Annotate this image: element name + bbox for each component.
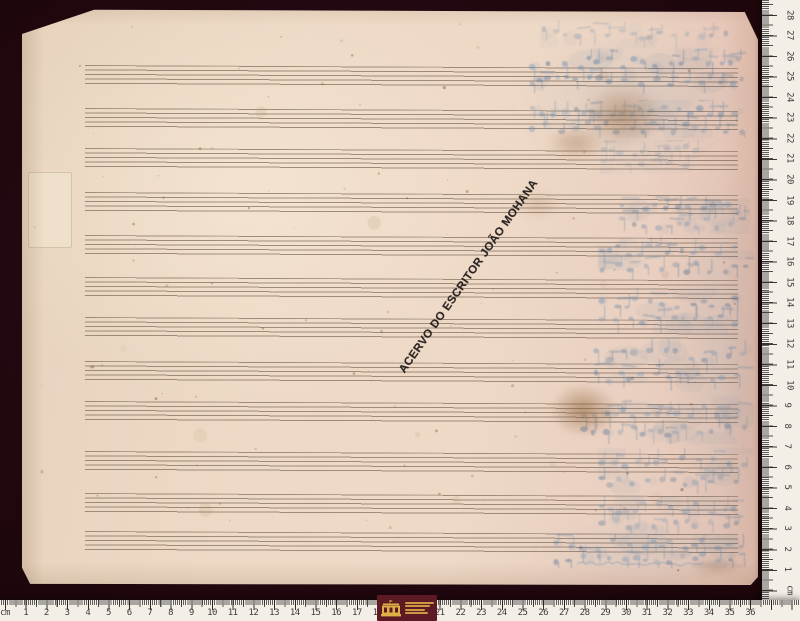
ruler-number: 1: [782, 567, 791, 572]
ruler-number: 10: [784, 380, 793, 390]
ruler-number: 24: [784, 92, 793, 102]
ink-bleed-notes: [575, 556, 703, 572]
ruler-number: 5: [782, 485, 791, 490]
ruler-number: 13: [784, 318, 793, 328]
ruler-number: 20: [784, 174, 793, 184]
ruler-number: 26: [784, 51, 793, 61]
ruler-number: 14: [784, 297, 793, 307]
ruler-number: 9: [189, 609, 194, 618]
ruler-number: 7: [147, 609, 152, 618]
ruler-number: 8: [168, 609, 173, 618]
music-stave: [85, 192, 738, 214]
building-icon: [380, 599, 402, 617]
ruler-number: 3: [782, 526, 791, 531]
ruler-number: 8: [782, 423, 791, 428]
ruler-number: 16: [331, 609, 341, 618]
ruler-number: 29: [600, 609, 610, 618]
archive-logo: [377, 595, 437, 621]
music-stave: [85, 401, 738, 423]
music-stave: [85, 65, 738, 87]
ruler-number: 33: [683, 609, 693, 618]
ruler-number: 14: [290, 609, 300, 618]
ruler-number: 6: [782, 464, 791, 469]
ruler-number: 26: [538, 609, 548, 618]
ruler-number: 17: [784, 236, 793, 246]
ruler-number: 34: [704, 609, 714, 618]
ruler-number: 36: [745, 609, 755, 618]
archive-logo-text: [405, 602, 434, 615]
ruler-number: 24: [497, 609, 507, 618]
ruler-number: 1: [23, 609, 28, 618]
music-stave: [85, 493, 738, 515]
ruler-number: 22: [455, 609, 465, 618]
ruler-number: 15: [784, 277, 793, 287]
ruler-number: 11: [228, 609, 238, 618]
music-stave: [85, 317, 738, 339]
music-stave: [85, 451, 738, 473]
ruler-number: 23: [784, 112, 793, 122]
ruler-number: cm: [0, 609, 10, 618]
ruler-number: 17: [352, 609, 362, 618]
ruler-number: 2: [782, 546, 791, 551]
ruler-number: 5: [106, 609, 111, 618]
ruler-number: 25: [784, 71, 793, 81]
ruler-number: 11: [784, 359, 793, 369]
ruler-number: 31: [642, 609, 652, 618]
ruler-number: 19: [784, 195, 793, 205]
ruler-number: 4: [85, 609, 90, 618]
ruler-number: cm: [784, 585, 793, 595]
ruler-number: 7: [782, 444, 791, 449]
ruler-number: 27: [784, 30, 793, 40]
ruler-number: 27: [559, 609, 569, 618]
ruler-number: 25: [518, 609, 528, 618]
ruler-number: 32: [662, 609, 672, 618]
ruler-number: 4: [782, 505, 791, 510]
ruler-number: 28: [784, 10, 793, 20]
ruler-vertical: cm12345678910111213141516171819202122232…: [762, 0, 800, 600]
music-stave: [85, 531, 738, 553]
ruler-number: 13: [269, 609, 279, 618]
ruler-number: 18: [784, 215, 793, 225]
ruler-number: 15: [311, 609, 321, 618]
ruler-number: 35: [725, 609, 735, 618]
ruler-number: 21: [784, 154, 793, 164]
manuscript-page: ACERVO DO ESCRITOR JOÃO MOHANA: [22, 8, 758, 585]
ruler-number: 2: [44, 609, 49, 618]
music-stave: [85, 108, 738, 130]
ruler-number: 9: [782, 403, 791, 408]
ruler-number: 16: [784, 256, 793, 266]
music-stave: [85, 148, 738, 170]
ruler-number: 30: [621, 609, 631, 618]
ruler-number: 10: [207, 609, 217, 618]
ink-bleed-notes: [540, 20, 740, 48]
ruler-number: 6: [127, 609, 132, 618]
ruler-number: 12: [248, 609, 258, 618]
ink-bleed-wash: [520, 36, 764, 160]
paper-stain: [688, 556, 744, 578]
ruler-number: 12: [784, 338, 793, 348]
music-stave: [85, 235, 738, 257]
label-ghost: [28, 172, 72, 248]
ruler-number: 28: [580, 609, 590, 618]
music-stave: [85, 277, 738, 299]
scan-viewport: ACERVO DO ESCRITOR JOÃO MOHANA cm1234567…: [0, 0, 800, 621]
ruler-number: 22: [784, 133, 793, 143]
ruler-number: 23: [476, 609, 486, 618]
ruler-number: 3: [65, 609, 70, 618]
